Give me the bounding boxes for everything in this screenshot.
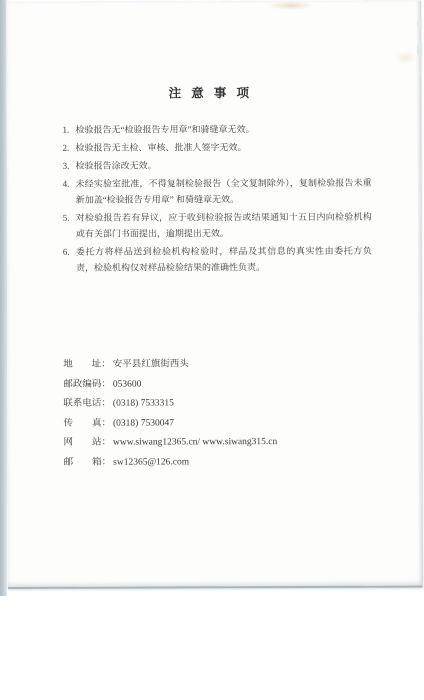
note-number: 1. (62, 122, 75, 138)
note-number: 3. (63, 158, 76, 174)
list-item: 5. 对检验报告若有异议，应于收到检验报告或结果通知十五日内向检验机构或有关部门… (63, 209, 372, 242)
contact-row-fax: 传 真： (0318) 7530047 (63, 413, 372, 434)
note-text: 未经实验室批准，不得复制检验报告（全文复制除外），复制检验报告未重新加盖“检验报… (76, 175, 372, 208)
contact-row-phone: 联系电话： (0318) 7533315 (63, 394, 372, 415)
paper-sheet: 注 意 事 项 1. 检验报告无“检验报告专用章”和骑缝章无效。 2. 检验报告… (6, 1, 423, 589)
contact-section: 地 址： 安平县红旗街西头 邮政编码： 053600 联系电话： (0318) … (63, 355, 372, 473)
contact-value: (0318) 7530047 (113, 414, 174, 434)
contact-value: 安平县红旗街西头 (113, 355, 189, 375)
page-title: 注 意 事 项 (62, 85, 371, 102)
note-number: 2. (62, 140, 75, 156)
note-number: 4. (63, 176, 76, 208)
contact-row-email: 邮 箱： sw12365@126.com (64, 452, 373, 473)
list-item: 1. 检验报告无“检验报告专用章”和骑缝章无效。 (62, 121, 371, 138)
scanned-page: 注 意 事 项 1. 检验报告无“检验报告专用章”和骑缝章无效。 2. 检验报告… (0, 0, 424, 700)
contact-value: (0318) 7533315 (113, 394, 174, 414)
contact-label: 邮政编码： (63, 375, 111, 395)
contact-value: 053600 (113, 375, 142, 395)
contact-value: sw12365@126.com (113, 453, 189, 473)
note-number: 5. (63, 210, 76, 242)
list-item: 2. 检验报告无主检、审核、批准人签字无效。 (62, 139, 371, 156)
contact-label: 邮 箱： (64, 453, 112, 473)
contact-label: 传 真： (63, 414, 111, 434)
list-item: 6. 委托方将样品送到检验机构检验时，样品及其信息的真实性由委托方负责，检验机构… (63, 243, 372, 276)
notes-list: 1. 检验报告无“检验报告专用章”和骑缝章无效。 2. 检验报告无主检、审核、批… (62, 121, 372, 276)
list-item: 3. 检验报告涂改无效。 (63, 157, 372, 174)
note-text: 对检验报告若有异议，应于收到检验报告或结果通知十五日内向检验机构或有关部门书面提… (76, 209, 372, 242)
contact-label: 地 址： (63, 356, 111, 376)
contact-row-postcode: 邮政编码： 053600 (63, 374, 372, 395)
contact-label: 网 站： (64, 434, 112, 454)
contact-label: 联系电话： (63, 395, 111, 415)
note-text: 检验报告涂改无效。 (76, 157, 372, 174)
contact-value: www.siwang12365.cn/ www.siwang315.cn (113, 433, 277, 453)
note-number: 6. (63, 244, 76, 276)
note-text: 检验报告无“检验报告专用章”和骑缝章无效。 (75, 121, 371, 138)
note-text: 委托方将样品送到检验机构检验时，样品及其信息的真实性由委托方负责，检验机构仅对样… (76, 243, 372, 276)
note-text: 检验报告无主检、审核、批准人签字无效。 (75, 139, 371, 156)
list-item: 4. 未经实验室批准，不得复制检验报告（全文复制除外），复制检验报告未重新加盖“… (63, 175, 372, 208)
document-content: 注 意 事 项 1. 检验报告无“检验报告专用章”和骑缝章无效。 2. 检验报告… (6, 1, 422, 473)
contact-row-address: 地 址： 安平县红旗街西头 (63, 355, 372, 376)
contact-row-website: 网 站： www.siwang12365.cn/ www.siwang315.c… (64, 433, 373, 454)
